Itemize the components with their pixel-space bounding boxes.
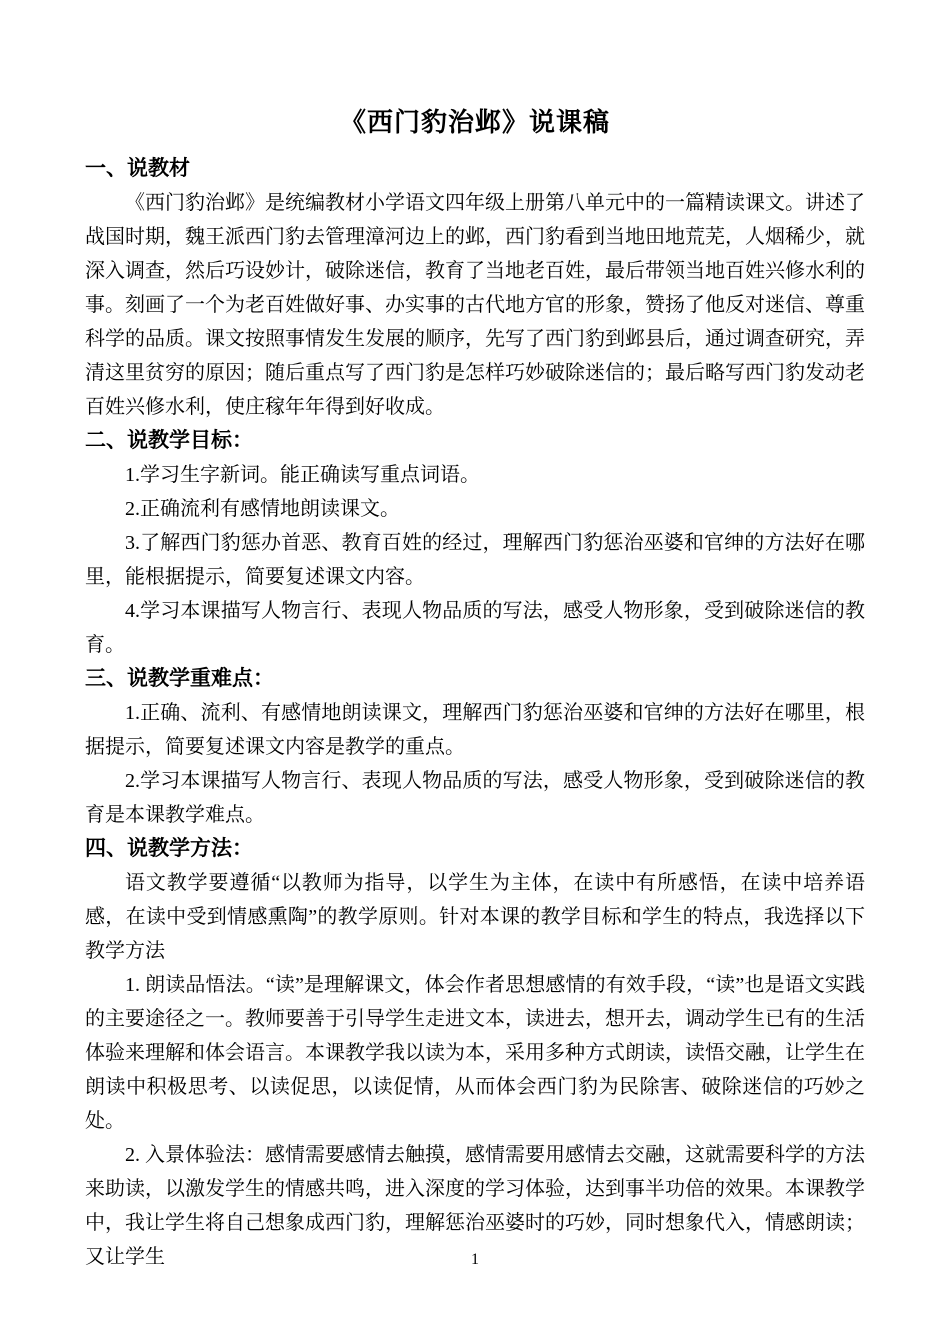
paragraph: 1.学习生字新词。能正确读写重点词语。	[85, 458, 865, 492]
paragraph: 《西门豹治邺》是统编教材小学语文四年级上册第八单元中的一篇精读课文。讲述了战国时…	[85, 186, 865, 424]
section-heading-2: 二、说教学目标：	[85, 424, 865, 458]
section-heading-4: 四、说教学方法：	[85, 832, 865, 866]
document-page: 《西门豹治邺》说课稿 一、说教材 《西门豹治邺》是统编教材小学语文四年级上册第八…	[0, 0, 950, 1344]
section-zhongnandian: 三、说教学重难点： 1.正确、流利、有感情地朗读课文，理解西门豹惩治巫婆和官绅的…	[85, 662, 865, 832]
section-jiaoxue-fangfa: 四、说教学方法： 语文教学要遵循“以教师为指导，以学生为主体，在读中有所感悟，在…	[85, 832, 865, 1274]
paragraph: 语文教学要遵循“以教师为指导，以学生为主体，在读中有所感悟，在读中培养语感，在读…	[85, 866, 865, 968]
section-shuo-jiaocai: 一、说教材 《西门豹治邺》是统编教材小学语文四年级上册第八单元中的一篇精读课文。…	[85, 152, 865, 424]
paragraph: 4.学习本课描写人物言行、表现人物品质的写法，感受人物形象，受到破除迷信的教育。	[85, 594, 865, 662]
section-jiaoxue-mubiao: 二、说教学目标： 1.学习生字新词。能正确读写重点词语。 2.正确流利有感情地朗…	[85, 424, 865, 662]
document-title: 《西门豹治邺》说课稿	[85, 104, 865, 140]
paragraph: 1. 朗读品悟法。“读”是理解课文，体会作者思想感情的有效手段，“读”也是语文实…	[85, 968, 865, 1138]
paragraph: 1.正确、流利、有感情地朗读课文，理解西门豹惩治巫婆和官绅的方法好在哪里，根据提…	[85, 696, 865, 764]
paragraph: 3.了解西门豹惩办首恶、教育百姓的经过，理解西门豹惩治巫婆和官绅的方法好在哪里，…	[85, 526, 865, 594]
section-heading-1: 一、说教材	[85, 152, 865, 186]
section-heading-3: 三、说教学重难点：	[85, 662, 865, 696]
paragraph: 2.学习本课描写人物言行、表现人物品质的写法，感受人物形象，受到破除迷信的教育是…	[85, 764, 865, 832]
page-number: 1	[471, 1251, 479, 1268]
page-footer: 1	[0, 1250, 950, 1270]
paragraph: 2.正确流利有感情地朗读课文。	[85, 492, 865, 526]
